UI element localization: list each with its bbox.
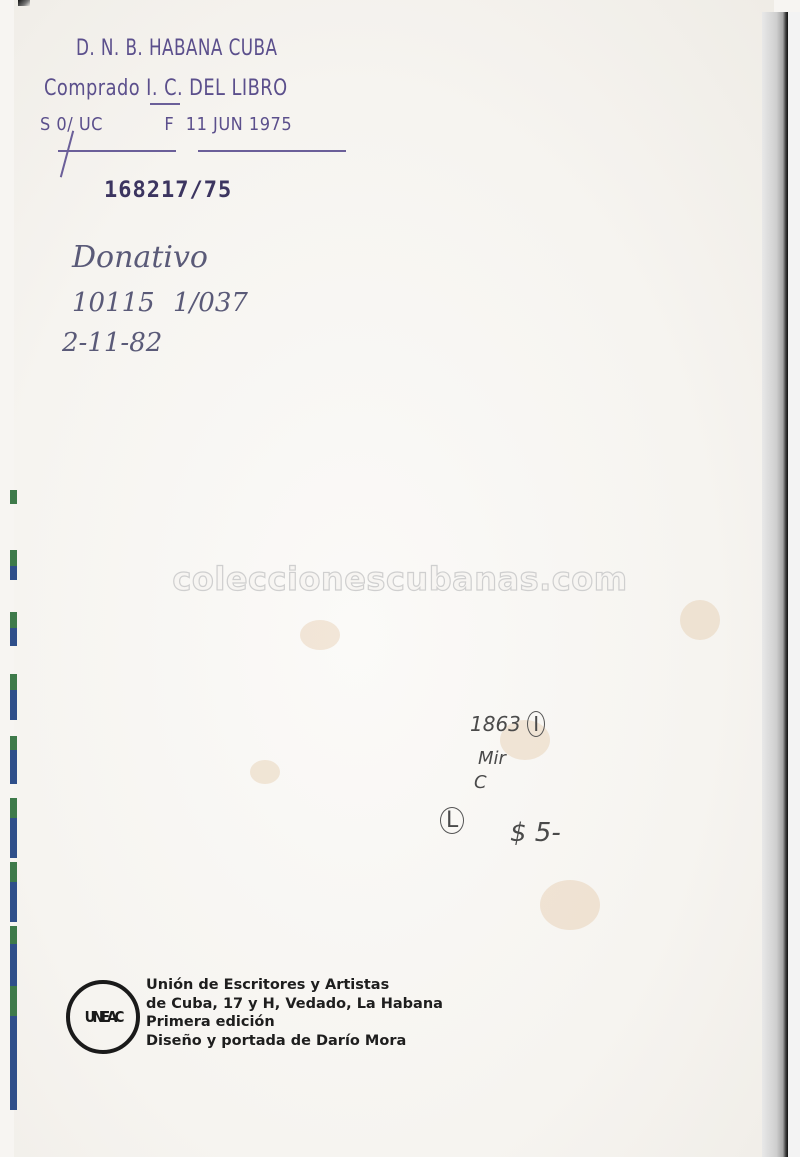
handwritten-donation: Donativo — [72, 240, 208, 275]
spine-segment — [10, 818, 17, 858]
spine-segment — [10, 1016, 17, 1110]
spine-segment — [10, 690, 17, 720]
stamp-purchase-source: I. C. DEL LIBRO — [146, 76, 287, 101]
spine-segment — [10, 628, 17, 646]
spine-segment — [10, 550, 17, 566]
spine-segment — [10, 612, 17, 628]
colophon-line: Unión de Escritores y Artistas — [146, 976, 443, 995]
scan-margin — [788, 12, 800, 1157]
pencil-price: $ 5- — [510, 818, 561, 848]
pencil-catalog-number: 1863 I — [470, 712, 545, 736]
pencil-circled-note: L — [440, 808, 464, 833]
stamp-rule — [150, 103, 180, 105]
stain — [300, 620, 340, 650]
spine-segment — [10, 944, 17, 988]
colophon-line: Primera edición — [146, 1013, 443, 1032]
spine-segment — [10, 798, 17, 818]
handwritten-number: 10115 1/037 — [72, 288, 248, 318]
registration-number: 168217/75 — [104, 178, 232, 203]
stain — [540, 880, 600, 930]
spine-segment — [10, 566, 17, 580]
spine-segment — [10, 986, 17, 1016]
colophon: Unión de Escritores y Artistas de Cuba, … — [146, 976, 443, 1050]
watermark: coleccionescubanas.com — [150, 560, 650, 598]
uneac-logo: UNEAC — [66, 980, 140, 1054]
stain — [250, 760, 280, 784]
handwritten-date: 2-11-82 — [62, 328, 162, 358]
spine-segment — [10, 736, 17, 750]
spine-segment — [10, 674, 17, 690]
spine-segment — [10, 750, 17, 784]
spine-segment — [10, 882, 17, 922]
stamp-rule — [58, 150, 176, 152]
stamp-rule — [198, 150, 346, 152]
stamp-purchase-line: Comprado I. C. DEL LIBRO — [44, 76, 288, 101]
corner-mark — [18, 0, 30, 6]
pencil-c: C — [474, 772, 487, 793]
stamp-date-line: S 0/ UC F 11 JUN 1975 — [40, 114, 292, 135]
spine-binding — [10, 490, 18, 1110]
spine-segment — [10, 490, 17, 504]
colophon-line: Diseño y portada de Darío Mora — [146, 1032, 443, 1051]
stain — [680, 600, 720, 640]
stamp-date: 11 JUN 1975 — [186, 114, 292, 135]
stamp-library-name: D. N. B. HABANA CUBA — [76, 36, 277, 61]
page-edge-shadow — [762, 12, 788, 1157]
stamp-f-label: F — [164, 114, 174, 135]
spine-segment — [10, 926, 17, 944]
spine-segment — [10, 862, 17, 882]
colophon-line: de Cuba, 17 y H, Vedado, La Habana — [146, 995, 443, 1014]
stamp-purchase-label: Comprado — [44, 76, 140, 101]
pencil-author-code: Mir — [478, 748, 506, 769]
